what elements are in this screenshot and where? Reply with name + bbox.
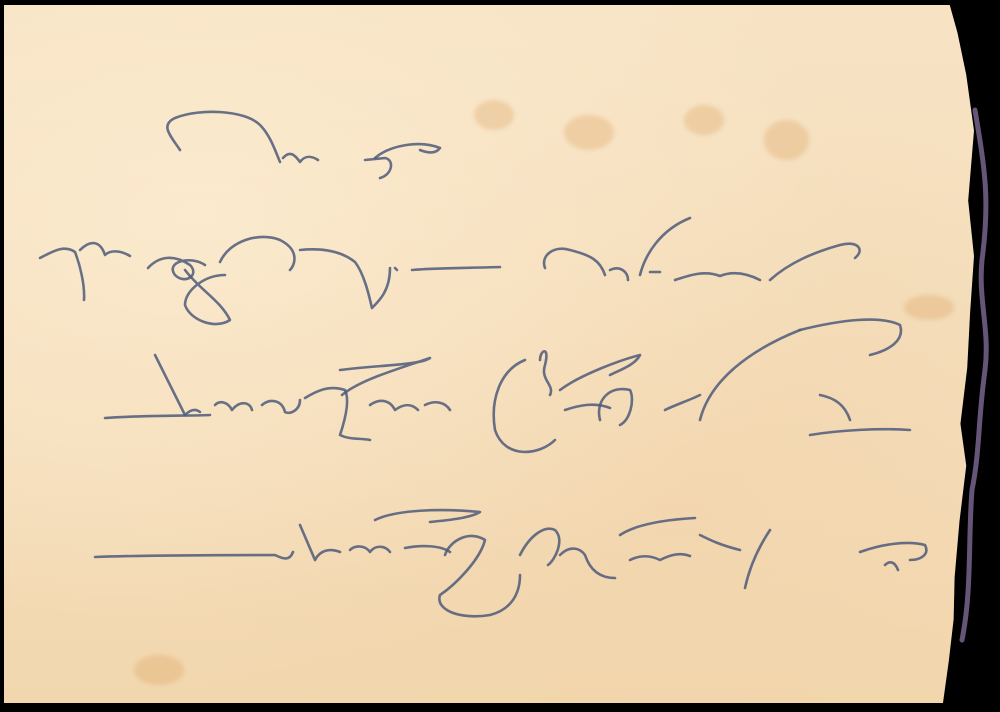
torn-edge-stain bbox=[962, 110, 986, 640]
line-4 bbox=[95, 510, 926, 616]
line-3 bbox=[105, 320, 910, 452]
handwriting bbox=[0, 0, 1000, 712]
line-2 bbox=[40, 218, 860, 324]
line-1 bbox=[167, 112, 440, 178]
